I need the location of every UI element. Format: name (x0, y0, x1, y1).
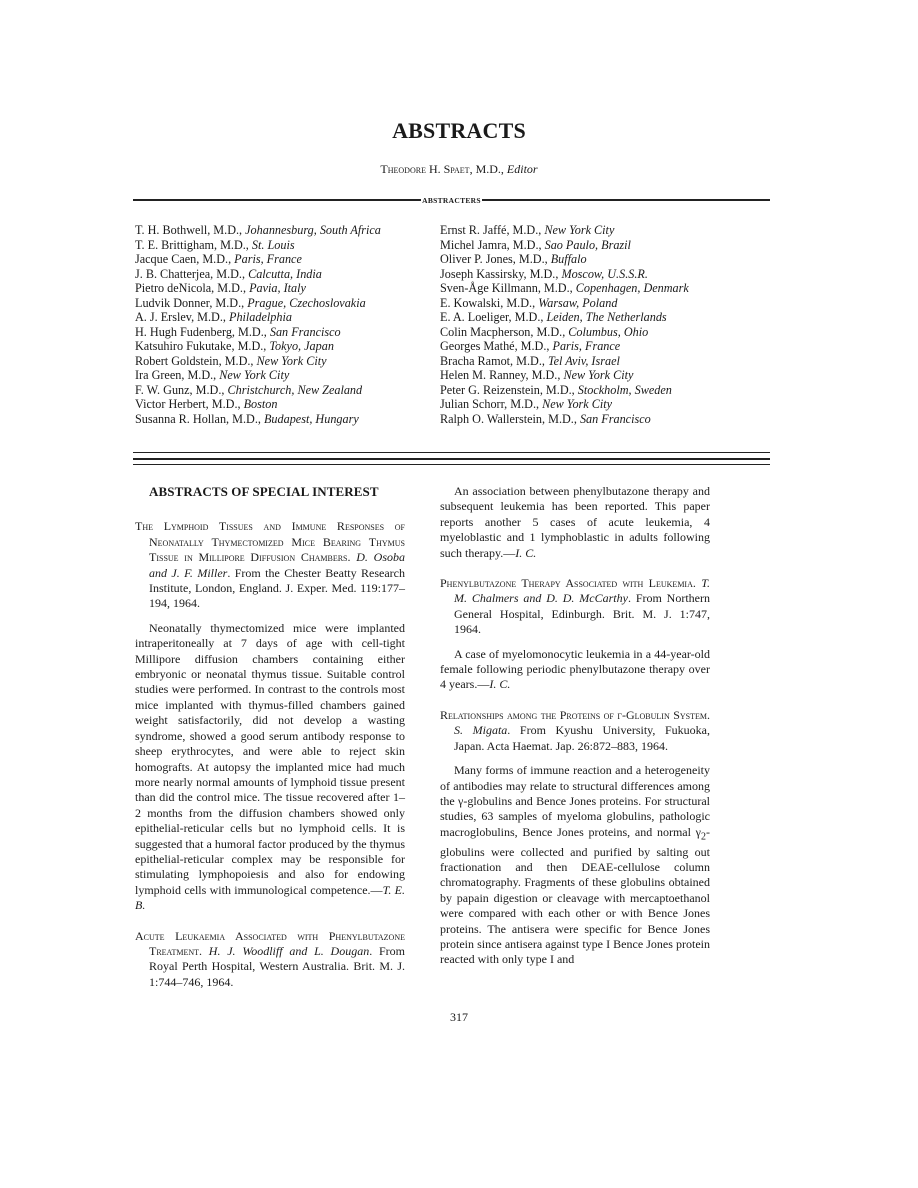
rule-right (482, 199, 770, 201)
abstracter: Pietro deNicola, M.D., Pavia, Italy (135, 281, 381, 296)
abstract-body: Neonatally thymectomized mice were impla… (135, 621, 405, 914)
abstracters-list-left: T. H. Bothwell, M.D., Johannesburg, Sout… (135, 223, 381, 426)
abstracter: J. B. Chatterjea, M.D., Calcutta, India (135, 267, 381, 282)
abstracter: Oliver P. Jones, M.D., Buffalo (440, 252, 689, 267)
editor-name: Theodore H. Spaet (380, 162, 469, 176)
abstracter: Ernst R. Jaffé, M.D., New York City (440, 223, 689, 238)
abstracter: E. A. Loeliger, M.D., Leiden, The Nether… (440, 310, 689, 325)
section-divider (133, 452, 770, 468)
abstracters-label: ABSTRACTERS (421, 196, 482, 205)
abstract-title: Relationships among the Proteins of γ-Gl… (440, 708, 710, 722)
abstract-authors: H. J. Woodliff and L. Dougan (209, 944, 369, 958)
abstracter: Helen M. Ranney, M.D., New York City (440, 368, 689, 383)
abstract-signature: I. C. (515, 546, 536, 560)
abstract-authors: S. Migata (454, 723, 507, 737)
section-heading: ABSTRACTS OF SPECIAL INTEREST (135, 484, 405, 499)
abstract-signature: I. C. (489, 677, 510, 691)
page-number: 317 (0, 1010, 918, 1025)
abstracter: Georges Mathé, M.D., Paris, France (440, 339, 689, 354)
abstracter: Peter G. Reizenstein, M.D., Stockholm, S… (440, 383, 689, 398)
editor-role: Editor (507, 162, 538, 176)
abstract-body: A case of myelomonocytic leukemia in a 4… (440, 647, 710, 693)
divider-line (133, 458, 770, 460)
abstracter: Katsuhiro Fukutake, M.D., Tokyo, Japan (135, 339, 381, 354)
abstracter: Ludvik Donner, M.D., Prague, Czechoslova… (135, 296, 381, 311)
abstract-citation: Relationships among the Proteins of γ-Gl… (440, 708, 710, 754)
abstracter: Colin Macpherson, M.D., Columbus, Ohio (440, 325, 689, 340)
abstracter: Jacque Caen, M.D., Paris, France (135, 252, 381, 267)
abstracter: Susanna R. Hollan, M.D., Budapest, Hunga… (135, 412, 381, 427)
abstracter: Victor Herbert, M.D., Boston (135, 397, 381, 412)
abstracter: E. Kowalski, M.D., Warsaw, Poland (440, 296, 689, 311)
abstracter: Ira Green, M.D., New York City (135, 368, 381, 383)
abstracter: Ralph O. Wallerstein, M.D., San Francisc… (440, 412, 689, 427)
abstracter: Robert Goldstein, M.D., New York City (135, 354, 381, 369)
abstracter: H. Hugh Fudenberg, M.D., San Francisco (135, 325, 381, 340)
abstracter: F. W. Gunz, M.D., Christchurch, New Zeal… (135, 383, 381, 398)
column-left: ABSTRACTS OF SPECIAL INTEREST The Lympho… (135, 484, 405, 990)
abstracters-rule: ABSTRACTERS (133, 193, 770, 207)
abstract-title: Phenylbutazone Therapy Associated with L… (440, 576, 696, 590)
abstracter: T. H. Bothwell, M.D., Johannesburg, Sout… (135, 223, 381, 238)
abstracter: Julian Schorr, M.D., New York City (440, 397, 689, 412)
abstracter: T. E. Brittigham, M.D., St. Louis (135, 238, 381, 253)
divider-line (133, 452, 770, 453)
abstracter: Joseph Kassirsky, M.D., Moscow, U.S.S.R. (440, 267, 689, 282)
abstract-body: Many forms of immune reaction and a hete… (440, 763, 710, 968)
abstract-body: An association between phenylbutazone th… (440, 484, 710, 561)
divider-line (133, 464, 770, 465)
abstracters-list-right: Ernst R. Jaffé, M.D., New York City Mich… (440, 223, 689, 426)
column-right: An association between phenylbutazone th… (440, 484, 710, 968)
editor-line: Theodore H. Spaet, M.D., Editor (0, 162, 918, 177)
abstract-citation: Phenylbutazone Therapy Associated with L… (440, 576, 710, 638)
abstracter: Bracha Ramot, M.D., Tel Aviv, Israel (440, 354, 689, 369)
page-title: ABSTRACTS (0, 118, 918, 144)
abstract-citation: Acute Leukaemia Associated with Phenylbu… (135, 929, 405, 991)
abstract-citation: The Lymphoid Tissues and Immune Response… (135, 519, 405, 611)
abstracter: Michel Jamra, M.D., Sao Paulo, Brazil (440, 238, 689, 253)
abstracter: Sven-Åge Killmann, M.D., Copenhagen, Den… (440, 281, 689, 296)
abstracter: A. J. Erslev, M.D., Philadelphia (135, 310, 381, 325)
editor-degree: , M.D., (470, 162, 507, 176)
rule-left (133, 199, 421, 201)
